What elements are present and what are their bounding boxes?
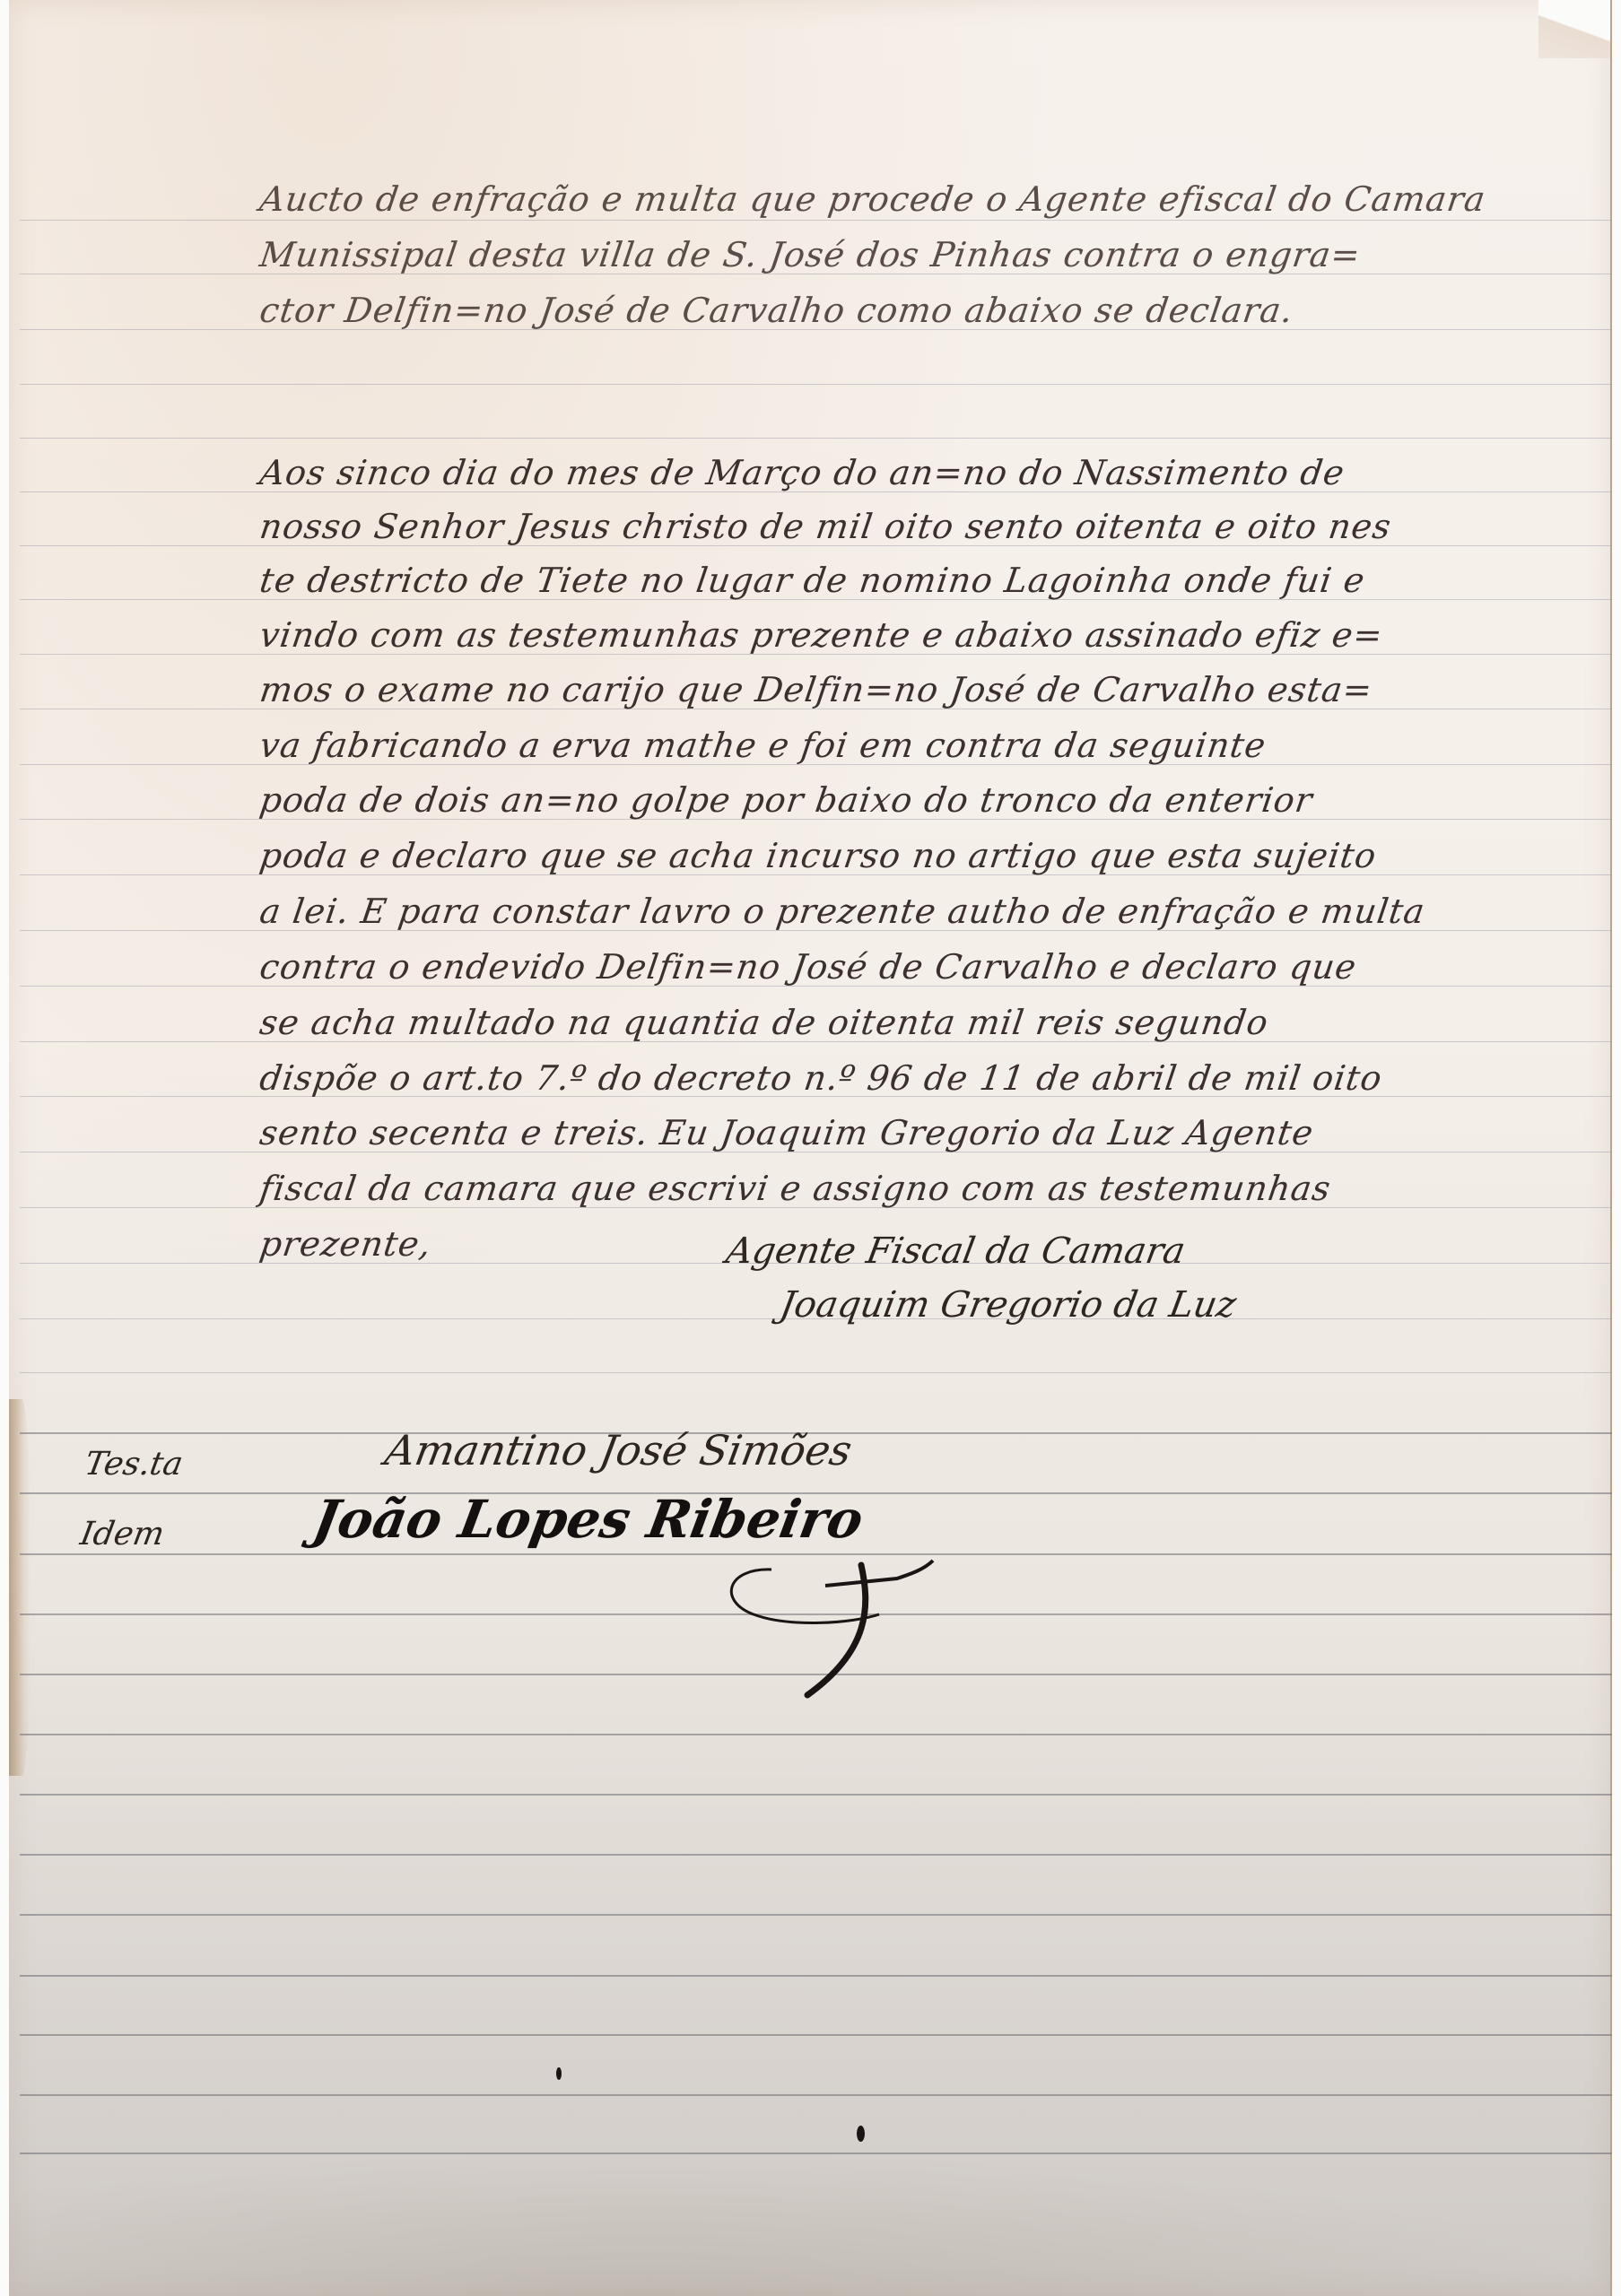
ink-blot [556,2067,562,2080]
signature-title: Agente Fiscal da Camara [723,1231,1189,1272]
ruled-line [20,2094,1612,2096]
ruled-line [20,384,1612,385]
body-line: va fabricando a erva mathe e foi em cont… [257,726,1268,765]
body-line: nosso Senhor Jesus christo de mil oito s… [257,507,1394,546]
ruled-line [20,2034,1612,2036]
witness-signature: Amantino José Simões [381,1426,856,1474]
title-line: Aucto de enfração e multa que procede o … [257,179,1488,219]
ruled-line [20,1975,1612,1977]
body-line: contra o endevido Delfin=no José de Carv… [257,947,1359,987]
signature-flourish-icon [718,1552,951,1704]
body-line: te destricto de Tiete no lugar de nomino… [257,561,1368,600]
body-line: poda de dois an=no golpe por baixo do tr… [257,780,1315,820]
body-line: a lei. E para constar lavro o prezente a… [257,891,1428,931]
body-line: prezente, [257,1224,434,1264]
ruled-line [20,2152,1612,2154]
folded-corner [1538,0,1610,58]
agent-signature: Joaquim Gregorio da Luz [777,1284,1240,1326]
witness-label: Idem [77,1516,167,1552]
ruled-line [20,438,1612,439]
body-line: mos o exame no carijo que Delfin=no José… [257,670,1375,709]
ruled-line [20,1794,1612,1796]
ruled-line [20,1854,1612,1856]
body-line: fiscal da camara que escrivi e assigno c… [257,1169,1334,1208]
paper-sheet: Aucto de enfração e multa que procede o … [9,0,1612,2296]
ruled-line [20,1734,1612,1735]
body-line: dispõe o art.to 7.º do decreto n.º 96 de… [257,1058,1385,1098]
edge-stain [9,1399,31,1776]
ruled-line [20,1914,1612,1916]
ink-blot [857,2126,865,2142]
body-line: poda e declaro que se acha incurso no ar… [257,836,1379,875]
witness-label: Tes.ta [82,1446,186,1483]
body-line: se acha multado na quantia de oitenta mi… [257,1003,1271,1042]
witness-signature: João Lopes Ribeiro [309,1489,867,1550]
body-line: vindo com as testemunhas prezente e abai… [257,615,1386,655]
water-stain [9,2152,1610,2296]
title-line: Munissipal desta villa de S. José dos Pi… [257,235,1364,274]
ruled-line [20,220,1612,221]
body-line: sento secenta e treis. Eu Joaquim Gregor… [257,1113,1316,1152]
title-line: ctor Delfin=no José de Carvalho como aba… [257,291,1296,330]
body-line: Aos sinco dia do mes de Março do an=no d… [257,453,1347,492]
ruled-line [20,1372,1612,1373]
